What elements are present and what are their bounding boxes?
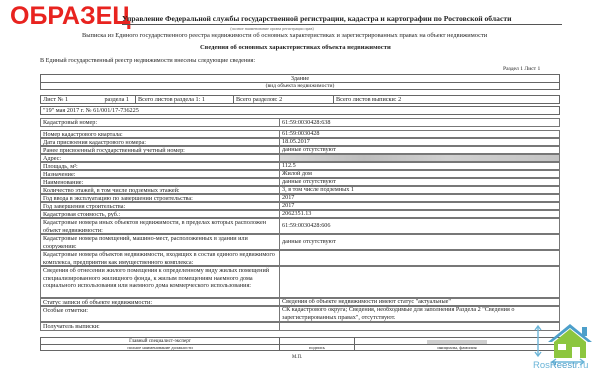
row-value: 2017 <box>280 202 560 210</box>
sheet-section-label: раздела 1 <box>104 96 129 103</box>
row-value: Сведения об объекте недвижимости имеют с… <box>280 298 560 306</box>
cadastral-number-label: Кадастровый номер: <box>40 118 280 127</box>
row-label: Кадастровые номера объектов недвижимости… <box>40 250 280 266</box>
table-row: Площадь, м²:112.5 <box>40 162 560 170</box>
row-label: Особые отметки: <box>40 306 280 322</box>
section-sheet-label: Раздел 1 Лист 1 <box>503 66 540 72</box>
sheet-info-row: Лист № 1 раздела 1 Всего листов раздела … <box>40 95 560 104</box>
row-value <box>280 322 560 331</box>
row-label: Площадь, м²: <box>40 162 280 170</box>
row-label: Номер кадастрового квартала: <box>40 130 280 138</box>
row-value: Жилой дом <box>280 170 560 178</box>
row-label: Сведения об отнесении жилого помещения к… <box>40 266 280 298</box>
row-label: Наименование: <box>40 178 280 186</box>
row-value: 2017 <box>280 194 560 202</box>
brand-part-2: Reestr <box>550 360 577 371</box>
row-value: данные отсутствуют <box>280 234 560 250</box>
table-row: Адрес:Ростовская область, г. Ростов-на-Д… <box>40 154 560 162</box>
rosreestr-brand: RosReestr.ru <box>533 360 588 371</box>
table-row: Ранее присвоенный государственный учетны… <box>40 146 560 154</box>
row-label: Назначение: <box>40 170 280 178</box>
row-value <box>280 266 560 298</box>
table-row: Кадастровые номера помещений, машино-мес… <box>40 234 560 250</box>
signature-caption-row: полное наименование должности подпись ин… <box>40 344 560 351</box>
sheet-number-label: Лист № 1 <box>43 96 68 103</box>
sign-caption: подпись <box>280 344 355 351</box>
table-row: Кадастровая стоимость, руб.:2062351.13 <box>40 210 560 218</box>
row-value <box>280 250 560 266</box>
table-row: Кадастровые номера иных объектов недвижи… <box>40 218 560 234</box>
row-label: Адрес: <box>40 154 280 162</box>
brand-part-1: Ros <box>533 360 550 371</box>
row-value: данные отсутствуют <box>280 178 560 186</box>
extract-title: Выписка из Единого государственного реес… <box>82 32 487 39</box>
table-row: Количество этажей, в том числе подземных… <box>40 186 560 194</box>
table-row: Кадастровые номера объектов недвижимости… <box>40 250 560 266</box>
row-label: Год завершения строительства: <box>40 202 280 210</box>
row-value: данные отсутствуют <box>280 146 560 154</box>
cadastral-number-row: Кадастровый номер: 61:59:0030428:638 <box>40 118 560 127</box>
total-sections: Всего разделов: 2 <box>234 95 334 104</box>
row-label: Кадастровая стоимость, руб.: <box>40 210 280 218</box>
row-value: 112.5 <box>280 162 560 170</box>
table-row: Наименование:данные отсутствуют <box>40 178 560 186</box>
row-label: Кадастровые номера помещений, машино-мес… <box>40 234 280 250</box>
row-label: Статус записи об объекте недвижимости: <box>40 298 280 306</box>
row-label: Количество этажей, в том числе подземных… <box>40 186 280 194</box>
table-row: Статус записи об объекте недвижимости:Св… <box>40 298 560 306</box>
row-value: 2062351.13 <box>280 210 560 218</box>
row-value: 61:59:0030428 <box>280 130 560 138</box>
cadastral-number-value: 61:59:0030428:638 <box>280 118 560 127</box>
table-row: Сведения об отнесении жилого помещения к… <box>40 266 560 298</box>
brand-part-3: .ru <box>577 360 588 371</box>
table-row: Особые отметки:СК кадастрового округа; С… <box>40 306 560 322</box>
row-label: Год ввода в эксплуатацию по завершении с… <box>40 194 280 202</box>
sheet-number: Лист № 1 раздела 1 <box>40 95 136 104</box>
row-value: СК кадастрового округа; Сведения, необхо… <box>280 306 560 322</box>
row-value: 3, в том числе подземных 1 <box>280 186 560 194</box>
row-label: Дата присвоения кадастрового номера: <box>40 138 280 146</box>
section-title: Сведения об основных характеристиках объ… <box>200 44 391 51</box>
table-row: Назначение:Жилой дом <box>40 170 560 178</box>
row-label: Ранее присвоенный государственный учетны… <box>40 146 280 154</box>
total-sheets-extract: Всего листов выписки: 2 <box>334 95 560 104</box>
seal-label: М.П. <box>292 355 302 360</box>
intro-text: В Единый государственный реестр недвижим… <box>40 57 255 64</box>
date-number: "19" мая 2017 г. № 61/001/17-736225 <box>40 106 560 115</box>
authority-caption: (полное наименование органа регистрации … <box>122 26 562 31</box>
total-sheets-section: Всего листов раздела 1: 1 <box>136 95 234 104</box>
row-value: 61:59:0030428:606 <box>280 218 560 234</box>
authority-name: Управление Федеральной службы государств… <box>122 14 562 25</box>
table-row: Год ввода в эксплуатацию по завершении с… <box>40 194 560 202</box>
row-value-redacted: Ростовская область, г. Ростов-на-Дону, п… <box>280 154 560 162</box>
object-type-caption: (вид объекта недвижимости) <box>40 82 560 90</box>
row-value: 18.05.2017 <box>280 138 560 146</box>
row-label: Кадастровые номера иных объектов недвижи… <box>40 218 280 234</box>
table-row: Номер кадастрового квартала:61:59:003042… <box>40 130 560 138</box>
table-row: Получатель выписки: <box>40 322 560 331</box>
row-label: Получатель выписки: <box>40 322 280 331</box>
sample-stamp: ОБРАЗЕЦ <box>10 2 131 30</box>
position-caption: полное наименование должности <box>40 344 280 351</box>
table-row: Дата присвоения кадастрового номера:18.0… <box>40 138 560 146</box>
table-row: Год завершения строительства:2017 <box>40 202 560 210</box>
